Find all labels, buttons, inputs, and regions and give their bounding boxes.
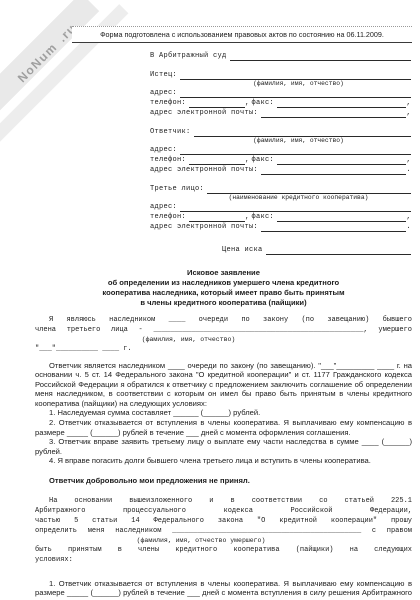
defendant-phone-fax-line: телефон: , факс: , (150, 155, 411, 165)
phone-label: телефон: (150, 155, 186, 165)
plaintiff-name-field (180, 71, 411, 80)
party-defendant: Ответчик: (фамилия, имя, отчество) адрес… (150, 127, 411, 175)
claim-price-label: Цена иска (222, 245, 263, 255)
third-person-address-field (180, 203, 411, 212)
header-notice: Форма подготовлена с использованием прав… (72, 26, 412, 43)
third-person-phone-field (189, 213, 245, 222)
fax-tail: , (406, 212, 411, 222)
document-page: NoNum.ru Форма подготовлена с использова… (0, 0, 420, 600)
petition-line-3: частью 5 статьи 14 Федерального закона "… (35, 516, 412, 526)
third-person-fax-field (277, 213, 406, 222)
third-person-label: Третье лицо: (150, 184, 204, 194)
plaintiff-name-line: Истец: (150, 70, 411, 80)
email-label: адрес электронной почты: (150, 222, 258, 232)
defendant-name-line: Ответчик: (150, 127, 411, 137)
title-line-3: кооператива наследника, который имеет пр… (35, 288, 412, 298)
plaintiff-email-field (261, 109, 406, 118)
defendant-address-field (180, 146, 411, 155)
court-label: В Арбитражный суд (150, 51, 227, 61)
third-person-name-field (207, 185, 411, 194)
party-plaintiff: Истец: (фамилия, имя, отчество) адрес: т… (150, 70, 411, 118)
document-body: Исковое заявление об определении из насл… (35, 268, 412, 600)
paragraph-final-condition: 1. Ответчик отказывается от вступления в… (35, 579, 412, 600)
third-person-address-line: адрес: (150, 202, 411, 212)
plaintiff-name-hint: (фамилия, имя, отчество) (150, 80, 411, 88)
phone-tail: , (245, 212, 250, 222)
heir-statement-line-2: члена третьего лица - __________________… (35, 325, 412, 335)
condition-item-2: 2. Ответчик отказывается от вступления в… (35, 418, 412, 437)
email-tail: . (406, 165, 411, 175)
address-label: адрес: (150, 88, 177, 98)
defendant-email-field (261, 166, 406, 175)
fax-label: факс: (252, 212, 275, 222)
title-line-2: об определении из наследников умершего ч… (35, 278, 412, 288)
defendant-fax-field (277, 156, 406, 165)
fax-tail: , (406, 155, 411, 165)
court-name-field (230, 52, 411, 61)
plaintiff-label: Истец: (150, 70, 177, 80)
defendant-label: Ответчик: (150, 127, 191, 137)
heir-name-hint: (фамилия, имя, отчество) (35, 335, 412, 344)
claim-price-field (266, 246, 411, 255)
phone-tail: , (245, 98, 250, 108)
condition-item-1: 1. Наследуемая сумма составляет ______ (… (35, 408, 412, 418)
petition-line-4: определить меня наследником ____________… (35, 526, 412, 536)
plaintiff-fax-field (277, 99, 406, 108)
title-line-1: Исковое заявление (35, 268, 412, 278)
header-notice-text: Форма подготовлена с использованием прав… (100, 30, 384, 39)
third-person-phone-fax-line: телефон: , факс: , (150, 212, 411, 222)
email-label: адрес электронной почты: (150, 108, 258, 118)
petition-line-1: На основании вышеизложенного и в соответ… (35, 496, 412, 506)
case-header: В Арбитражный суд Истец: (фамилия, имя, … (150, 51, 411, 255)
petition-line-2: Арбитражного процессуального кодекса Рос… (35, 506, 412, 516)
condition-item-4: 4. Я вправе погасить долги бывшего члена… (35, 456, 412, 466)
paragraph-petition: На основании вышеизложенного и в соответ… (35, 496, 412, 565)
death-date-line: "___"__________ ____ г. (35, 344, 412, 355)
plaintiff-address-line: адрес: (150, 88, 411, 98)
third-person-name-hint: (наименование кредитного кооператива) (150, 194, 411, 202)
title-line-4: в члены кредитного кооператива (пайщики) (35, 298, 412, 308)
third-person-name-line: Третье лицо: (150, 184, 411, 194)
plaintiff-phone-field (189, 99, 245, 108)
third-person-email-field (261, 223, 406, 232)
address-label: адрес: (150, 145, 177, 155)
plaintiff-address-field (180, 89, 411, 98)
fax-label: факс: (252, 155, 275, 165)
condition-item-3: 3. Ответчик вправе заявить третьему лицу… (35, 437, 412, 456)
phone-label: телефон: (150, 98, 186, 108)
defendant-name-hint: (фамилия, имя, отчество) (150, 137, 411, 145)
court-line: В Арбитражный суд (150, 51, 411, 61)
defendant-email-line: адрес электронной почты: . (150, 165, 411, 175)
party-third-person: Третье лицо: (наименование кредитного ко… (150, 184, 411, 232)
deceased-name-hint: (фамилия, имя, отчество умершего) (35, 536, 412, 545)
heir-statement-line-1: Я являюсь наследником ____ очереди по за… (35, 315, 412, 325)
paragraph-heir-statement: Я являюсь наследником ____ очереди по за… (35, 315, 412, 355)
defendant-address-line: адрес: (150, 145, 411, 155)
plaintiff-email-line: адрес электронной почты: , (150, 108, 411, 118)
fax-tail: , (406, 98, 411, 108)
defendant-name-field (194, 128, 411, 137)
plaintiff-phone-fax-line: телефон: , факс: , (150, 98, 411, 108)
email-label: адрес электронной почты: (150, 165, 258, 175)
phone-tail: , (245, 155, 250, 165)
petition-cont-line-2: условиях: (35, 555, 412, 565)
claim-price-line: Цена иска (150, 245, 411, 255)
email-tail: . (406, 222, 411, 232)
refusal-statement: Ответчик добровольно мои предложения не … (35, 476, 412, 486)
fax-label: факс: (252, 98, 275, 108)
address-label: адрес: (150, 202, 177, 212)
email-tail: , (406, 108, 411, 118)
third-person-email-line: адрес электронной почты: . (150, 222, 411, 232)
document-title: Исковое заявление об определении из насл… (35, 268, 412, 308)
defendant-phone-field (189, 156, 245, 165)
petition-cont-line-1: быть принятым в члены кредитного коопера… (35, 545, 412, 555)
phone-label: телефон: (150, 212, 186, 222)
paragraph-defendant-statement: Ответчик является наследником ____ очере… (35, 361, 412, 409)
